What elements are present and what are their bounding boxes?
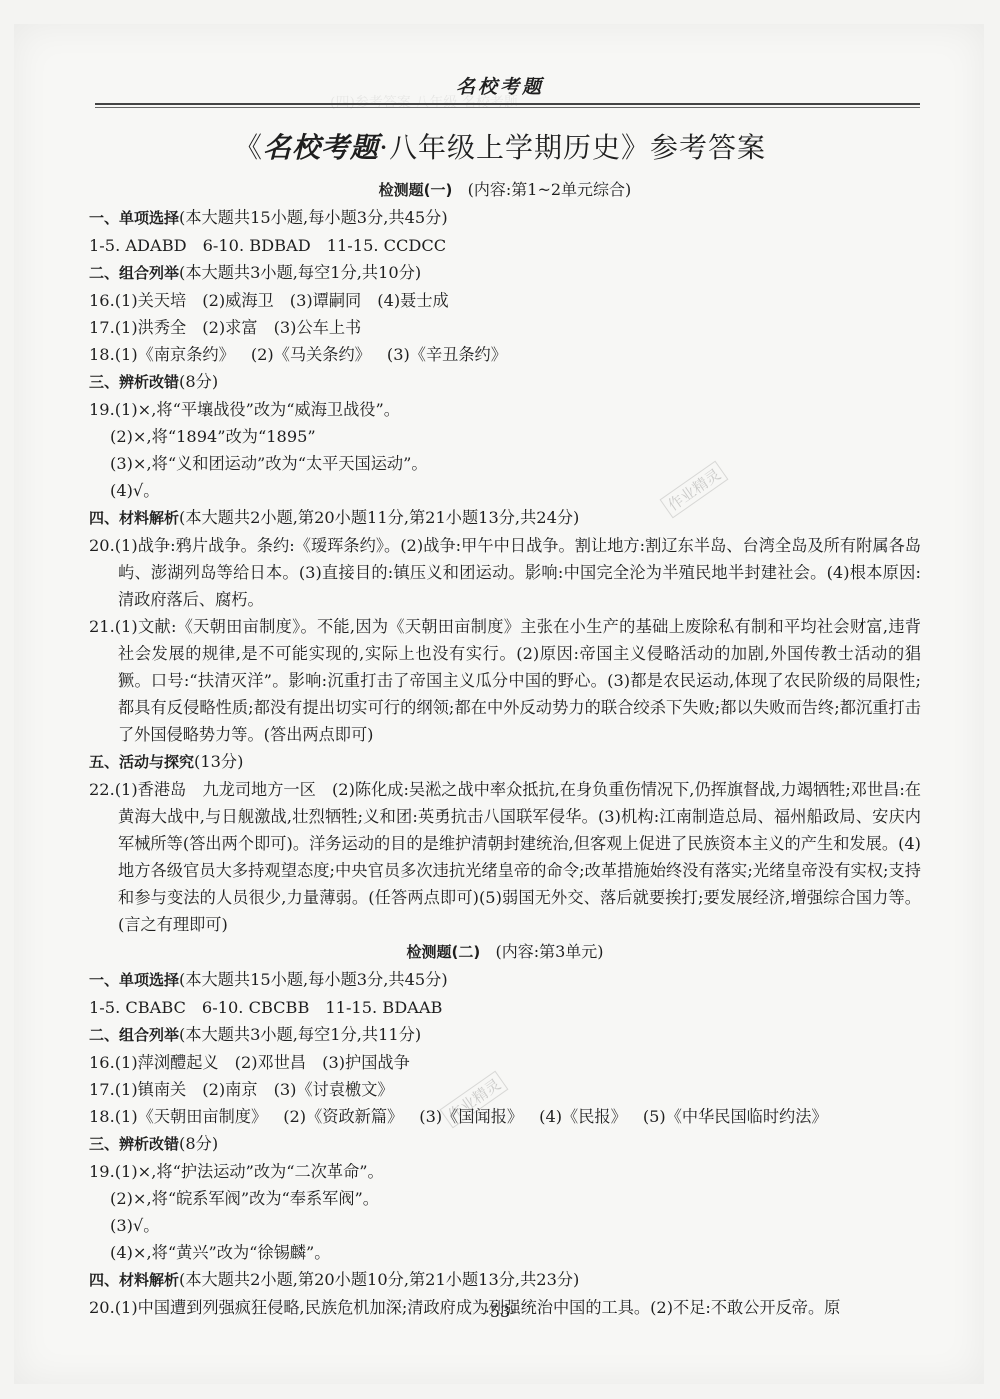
test-2-heading: 检测题(二) (内容:第3单元) xyxy=(89,938,921,966)
t1-q18: 18.(1)《南京条约》(2)《马关条约》(3)《辛丑条约》 xyxy=(89,341,921,368)
t1-section-activity: 五、活动与探究(13分) xyxy=(89,748,921,776)
answer-content: 检测题(一) (内容:第1~2单元综合) 一、单项选择(本大题共15小题,每小题… xyxy=(89,176,921,1321)
t1-q17: 17.(1)洪秀全(2)求富(3)公车上书 xyxy=(89,314,921,341)
t2-section-single-choice: 一、单项选择(本大题共15小题,每小题3分,共45分) xyxy=(89,966,921,994)
t1-q19-2: (2)×,将“1894”改为“1895” xyxy=(89,423,921,450)
t1-section-correction: 三、辨析改错(8分) xyxy=(89,368,921,396)
t1-section-material: 四、材料解析(本大题共2小题,第20小题11分,第21小题13分,共24分) xyxy=(89,504,921,532)
document-title: 《名校考题·八年级上学期历史》参考答案 xyxy=(0,126,1000,166)
t1-choice-answers: 1-5. ADABD6-10. BDBAD11-15. CCDCC xyxy=(89,232,921,259)
t1-q19-4: (4)√。 xyxy=(89,477,921,504)
title-series-name: 名校考题 xyxy=(263,131,379,164)
t2-q19-3: (3)√。 xyxy=(89,1212,921,1239)
test-1-heading: 检测题(一) (内容:第1~2单元综合) xyxy=(89,176,921,204)
t1-q19-1: 19.(1)×,将“平壤战役”改为“威海卫战役”。 xyxy=(89,396,921,423)
t2-q19-1: 19.(1)×,将“护法运动”改为“二次革命”。 xyxy=(89,1158,921,1185)
t2-q19-4: (4)×,将“黄兴”改为“徐锡麟”。 xyxy=(89,1239,921,1266)
header-rule xyxy=(95,103,920,108)
running-head: 名校考题 xyxy=(0,72,1000,99)
t1-q16: 16.(1)关天培(2)威海卫(3)谭嗣同(4)聂士成 xyxy=(89,287,921,314)
t1-section-listing: 二、组合列举(本大题共3小题,每空1分,共10分) xyxy=(89,259,921,287)
t1-section-single-choice: 一、单项选择(本大题共15小题,每小题3分,共45分) xyxy=(89,204,921,232)
page-number: ·53· xyxy=(0,1302,1000,1321)
t1-q21: 21.(1)文献:《天朝田亩制度》。不能,因为《天朝田亩制度》主张在小生产的基础… xyxy=(89,613,921,748)
t2-q19-2: (2)×,将“皖系军阀”改为“奉系军阀”。 xyxy=(89,1185,921,1212)
t1-q19-3: (3)×,将“义和团运动”改为“太平天国运动”。 xyxy=(89,450,921,477)
t2-section-correction: 三、辨析改错(8分) xyxy=(89,1130,921,1158)
t2-q18: 18.(1)《天朝田亩制度》(2)《资政新篇》(3)《国闻报》(4)《民报》(5… xyxy=(89,1103,921,1130)
title-open-bracket: 《 xyxy=(234,131,263,164)
t2-section-listing: 二、组合列举(本大题共3小题,每空1分,共11分) xyxy=(89,1021,921,1049)
t1-q22: 22.(1)香港岛 九龙司地方一区 (2)陈化成:吴淞之战中率众抵抗,在身负重伤… xyxy=(89,776,921,938)
t2-section-material: 四、材料解析(本大题共2小题,第20小题10分,第21小题13分,共23分) xyxy=(89,1266,921,1294)
t1-q20: 20.(1)战争:鸦片战争。条约:《瑷珲条约》。(2)战争:甲午中日战争。割让地… xyxy=(89,532,921,613)
title-rest: ·八年级上学期历史》参考答案 xyxy=(379,131,766,164)
t2-q16: 16.(1)萍浏醴起义(2)邓世昌(3)护国战争 xyxy=(89,1049,921,1076)
t2-choice-answers: 1-5. CBABC6-10. CBCBB11-15. BDAAB xyxy=(89,994,921,1021)
